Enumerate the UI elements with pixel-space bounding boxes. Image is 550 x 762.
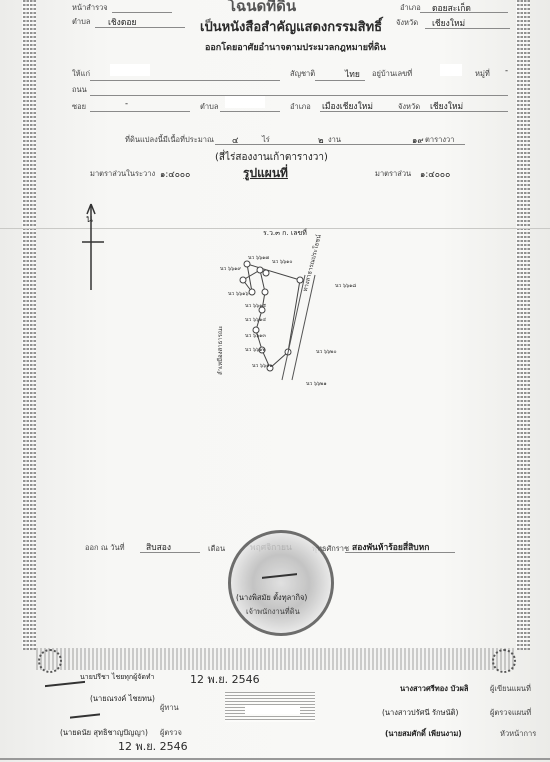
owner-subdistrict-label: ตำบล (200, 101, 218, 113)
road-label: ถนน (72, 84, 87, 96)
chief-role: หัวหน้าการ (500, 728, 536, 740)
marker-label: นว ๖๖๒๐ (316, 348, 337, 356)
area-wa: ๑๙ (412, 133, 424, 147)
nationality-value: ไทย (345, 67, 360, 81)
marker-label: นว ๖๖๑๘ (335, 282, 356, 290)
area-ngan-label: งาน (328, 134, 341, 146)
bottom-edge (0, 758, 550, 760)
date-stamp: 12 พ.ย. 2546 (190, 670, 260, 688)
signature-note: นายปรีชา ไชยทุกผู้จัดทำ (80, 672, 154, 683)
official-name: (นางพิสมัย ตั้งทุลากิจ) (236, 592, 307, 604)
map-writer-name: นางสาวศรีทอง บัวผลิ (400, 683, 468, 695)
north-label: น (86, 212, 93, 227)
soi-label: ซอย (72, 101, 86, 113)
given-label: ออก ณ วันที่ (85, 542, 125, 554)
scale-value: ๑:๔๐๐๐ (420, 167, 450, 181)
survey-page-label: หน้าสำรวจ (72, 2, 108, 14)
marker-label: นว ๖๖๑๔ (245, 316, 266, 324)
security-pattern-band (36, 648, 514, 670)
district-label: อำเภอ (400, 2, 421, 14)
area-rai-label: ไร่ (262, 134, 270, 146)
rosette-icon (38, 649, 62, 673)
marker-label: นว ๖๖๑๕ (245, 302, 266, 310)
month-label: เดือน (208, 543, 225, 555)
rosette-icon (492, 649, 516, 673)
deed-subtitle: ออกโดยอาศัยอำนาจตามประมวลกฎหมายที่ดิน (205, 40, 386, 54)
province-label: จังหวัด (396, 17, 418, 29)
left-ornamental-border (22, 0, 36, 650)
canal-label: ลำเหมืองสาธารณะ (215, 325, 225, 375)
official-seal-icon (228, 530, 334, 636)
inspector-date: 12 พ.ย. 2546 (118, 737, 188, 755)
area-label: ที่ดินแปลงนี้มีเนื้อที่ประมาณ (125, 134, 214, 146)
house-no-label: อยู่บ้านเลขที่ (372, 68, 412, 80)
moo-label: หมู่ที่ (475, 68, 490, 80)
moo-value: - (505, 66, 508, 76)
marker-label: นว ๖๖๑๗ (248, 254, 269, 262)
signature-inspector (70, 713, 100, 718)
scale-between-value: ๑:๔๐๐๐ (160, 167, 190, 181)
marker-label: นว ๖๖๒๑ (306, 380, 327, 388)
subdistrict-label: ตำบล (72, 16, 90, 28)
issued-to-label: ให้แก่ (72, 68, 90, 80)
marker-label: นว ๖๖๑๓ (245, 332, 266, 340)
right-ornamental-border (516, 0, 530, 650)
scale-between-label: มาตราส่วนในระวาง (90, 168, 155, 180)
checker-name: (นายณรงค์ ไชยทน) (90, 693, 155, 705)
area-rai: ๔ (232, 133, 238, 147)
deed-title: เป็นหนังสือสำคัญแสดงกรรมสิทธิ์ (200, 16, 382, 37)
area-in-words: (สี่ไร่สองงานเก้าตารางวา) (215, 150, 328, 165)
soi-value: - (125, 99, 128, 109)
north-arrow-icon (78, 200, 108, 290)
official-title: เจ้าพนักงานที่ดิน (246, 606, 300, 618)
map-checker-role: ผู้ตรวจแผนที่ (490, 707, 531, 719)
area-ngan: ๒ (318, 133, 324, 147)
signature-surveyor (45, 681, 85, 687)
map-title: รูปแผนที่ (243, 164, 288, 183)
checker-role: ผู้ทาน (160, 702, 179, 714)
area-wa-label: ตารางวา (425, 134, 454, 146)
scale-label: มาตราส่วน (375, 168, 411, 180)
title-deed-page: โฉนดที่ดิน เป็นหนังสือสำคัญแสดงกรรมสิทธิ… (0, 0, 550, 762)
marker-label: นว ๖๖๑๒ (245, 346, 266, 354)
map-checker-name: (นางสาวปรัศนี รักษนัติ) (382, 707, 458, 719)
marker-label: นว ๖๖๑๖ (228, 290, 249, 298)
stamp-blank (245, 705, 300, 714)
map-writer-role: ผู้เขียนแผนที่ (490, 683, 531, 695)
owner-district-label: อำเภอ (290, 101, 311, 113)
marker-label: นว ๖๖๑๙ (220, 265, 241, 273)
chief-name: (นายสมศักดิ์ เพียนงาม) (385, 728, 462, 740)
marker-label: นว ๖๖๑๑ (252, 362, 273, 370)
nationality-label: สัญชาติ (290, 68, 315, 80)
marker-label: นว ๖๖๑๐ (272, 258, 292, 266)
sheet-label: ร.ว.๓ ก. เลขที่ (263, 228, 307, 239)
